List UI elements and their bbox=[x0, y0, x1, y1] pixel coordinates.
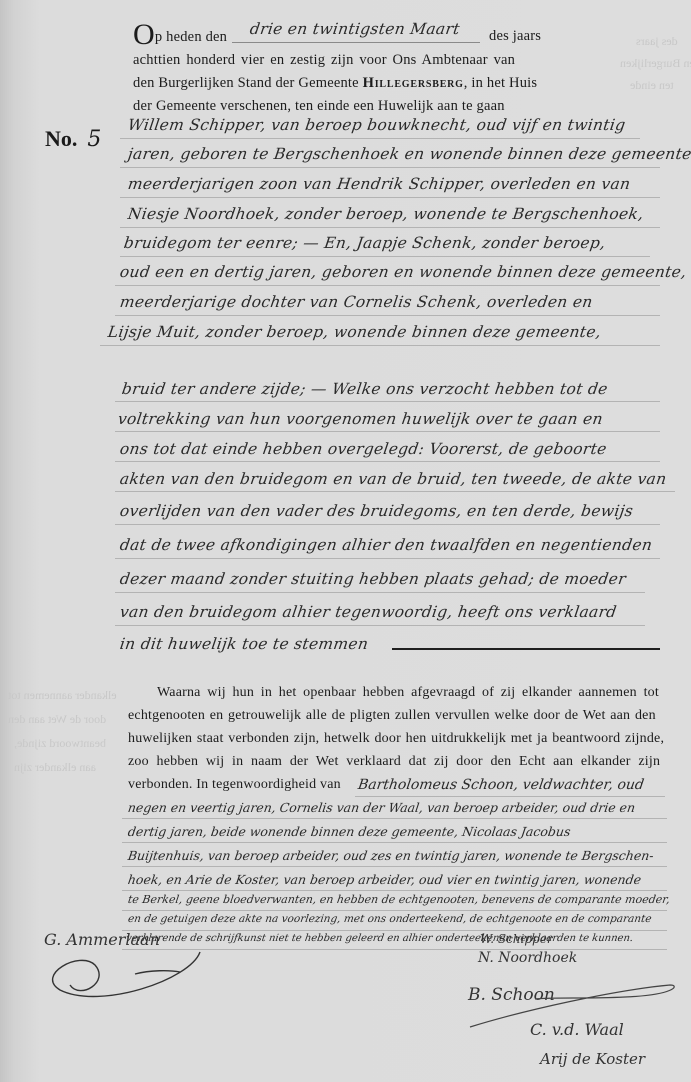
ruled-line bbox=[120, 227, 660, 228]
bleed-through-text: elkander aannemen tot bbox=[8, 688, 117, 703]
closing-line-4: zoo hebben wij in naam der Wet verklaard… bbox=[128, 754, 660, 770]
document-page: des jaars den Burgerlijken ten einde elk… bbox=[0, 0, 691, 1082]
witness-line: hoek, en Arie de Koster, van beroep arbe… bbox=[127, 872, 642, 887]
preamble-line-4: der Gemeente verschenen, ten einde een H… bbox=[133, 98, 505, 115]
body-line: bruid ter andere zijde; — Welke ons verz… bbox=[121, 380, 609, 398]
body-line: meerderjarige dochter van Cornelis Schen… bbox=[119, 293, 594, 311]
body-line: akten van den bruidegom en van de bruid,… bbox=[119, 470, 668, 488]
signature-witness-2: C. v.d. Waal bbox=[530, 1020, 624, 1039]
bleed-through-text: aan elkander zijn bbox=[14, 760, 96, 775]
body-line: Niesje Noordhoek, zonder beroep, wonende… bbox=[127, 205, 645, 223]
bleed-through-text: beantwoord zijnde, bbox=[14, 736, 106, 751]
ruled-line bbox=[122, 818, 667, 819]
preamble-text: , in het Huis bbox=[464, 75, 538, 91]
preamble-text: p heden den bbox=[155, 29, 227, 45]
drop-initial: O bbox=[133, 18, 155, 51]
witness-line: negen en veertig jaren, Cornelis van der… bbox=[127, 800, 636, 815]
fill-line bbox=[232, 42, 480, 43]
ruled-line bbox=[115, 431, 660, 432]
bleed-through-text: ten einde bbox=[630, 78, 674, 93]
ruled-line bbox=[100, 345, 660, 346]
witness-line: Buijtenhuis, van beroep arbeider, oud ze… bbox=[127, 848, 655, 863]
ruled-line bbox=[120, 138, 640, 139]
ruled-line bbox=[115, 625, 645, 626]
bleed-through-text: door de Wet aan den bbox=[8, 712, 106, 727]
municipality-name: Hillegersberg bbox=[363, 75, 464, 91]
record-number-value: 5 bbox=[87, 127, 101, 152]
body-line: van den bruidegom alhier tegenwoordig, h… bbox=[119, 603, 618, 621]
ruled-line bbox=[115, 401, 660, 402]
body-line: dezer maand zonder stuiting hebben plaat… bbox=[119, 570, 627, 588]
body-line: overlijden van den vader des bruidegoms,… bbox=[119, 502, 635, 520]
body-line: ons tot dat einde hebben overgelegd: Voo… bbox=[119, 440, 608, 458]
closing-line-2: echtgenooten en getrouwelijk alle de pli… bbox=[128, 708, 656, 724]
body-line: Lijsje Muit, zonder beroep, wonende binn… bbox=[107, 323, 603, 341]
ruled-line bbox=[115, 461, 660, 462]
closing-line-1: Waarna wij hun in het openbaar hebben af… bbox=[157, 685, 659, 701]
date-handwritten: drie en twintigsten Maart bbox=[249, 20, 461, 38]
signature-mother: N. Noordhoek bbox=[478, 950, 577, 966]
ruled-line bbox=[122, 890, 667, 891]
body-line: meerderjarigen zoon van Hendrik Schipper… bbox=[127, 175, 632, 193]
ruled-line bbox=[122, 910, 667, 911]
ruled-line bbox=[115, 524, 660, 525]
preamble-text: des jaars bbox=[489, 28, 541, 45]
witness-hand: Bartholomeus Schoon, veldwachter, oud bbox=[357, 777, 645, 793]
record-number: No.5 bbox=[45, 126, 101, 152]
ruled-line bbox=[120, 256, 650, 257]
ruled-line bbox=[115, 285, 660, 286]
closing-line-3: huwelijken staat verbonden zijn, hetwelk… bbox=[128, 731, 664, 747]
witness-line: dertig jaren, beide wonende binnen deze … bbox=[127, 824, 572, 839]
ruled-line bbox=[120, 197, 660, 198]
ruled-line bbox=[122, 866, 667, 867]
body-line: voltrekking van hun voorgenomen huwelijk… bbox=[117, 410, 604, 428]
body-line: Willem Schipper, van beroep bouwknecht, … bbox=[127, 116, 627, 134]
body-line: jaren, geboren te Bergschenhoek en wonen… bbox=[127, 145, 691, 163]
body-line: dat de twee afkondigingen alhier den twa… bbox=[119, 536, 654, 554]
preamble-text: den Burgerlijken Stand der Gemeente bbox=[133, 75, 359, 91]
closing-line bbox=[392, 648, 660, 650]
preamble-line-1: Op heden den bbox=[133, 20, 227, 50]
body-line: oud een en dertig jaren, geboren en wone… bbox=[119, 263, 688, 281]
signature-groom: W. Schipper bbox=[480, 932, 553, 946]
preamble-line-3: den Burgerlijken Stand der Gemeente Hill… bbox=[133, 75, 537, 92]
ruled-line bbox=[355, 796, 665, 797]
signature-witness-3: Arij de Koster bbox=[540, 1050, 645, 1068]
body-line: bruidegom ter eenre; — En, Jaapje Schenk… bbox=[123, 234, 607, 252]
body-line: in dit huwelijk toe te stemmen bbox=[119, 635, 370, 653]
ruled-line bbox=[115, 315, 660, 316]
ruled-line bbox=[122, 842, 667, 843]
witness-line: en de getuigen deze akte na voorlezing, … bbox=[127, 913, 652, 925]
ruled-line bbox=[115, 592, 645, 593]
ruled-line bbox=[120, 167, 660, 168]
signature-flourish-icon bbox=[40, 940, 220, 1010]
ruled-line bbox=[122, 930, 667, 931]
witness-intro: verbonden. In tegenwoordigheid van bbox=[128, 777, 341, 793]
ruled-line bbox=[115, 491, 675, 492]
ruled-line bbox=[115, 558, 660, 559]
witness-line: te Berkel, geene bloedverwanten, en hebb… bbox=[127, 893, 671, 906]
bleed-through-text: des jaars bbox=[636, 34, 678, 49]
preamble-line-2: achttien honderd vier en zestig zijn voo… bbox=[133, 52, 515, 69]
record-number-label: No. bbox=[45, 126, 77, 151]
bleed-through-text: den Burgerlijken bbox=[620, 56, 691, 71]
